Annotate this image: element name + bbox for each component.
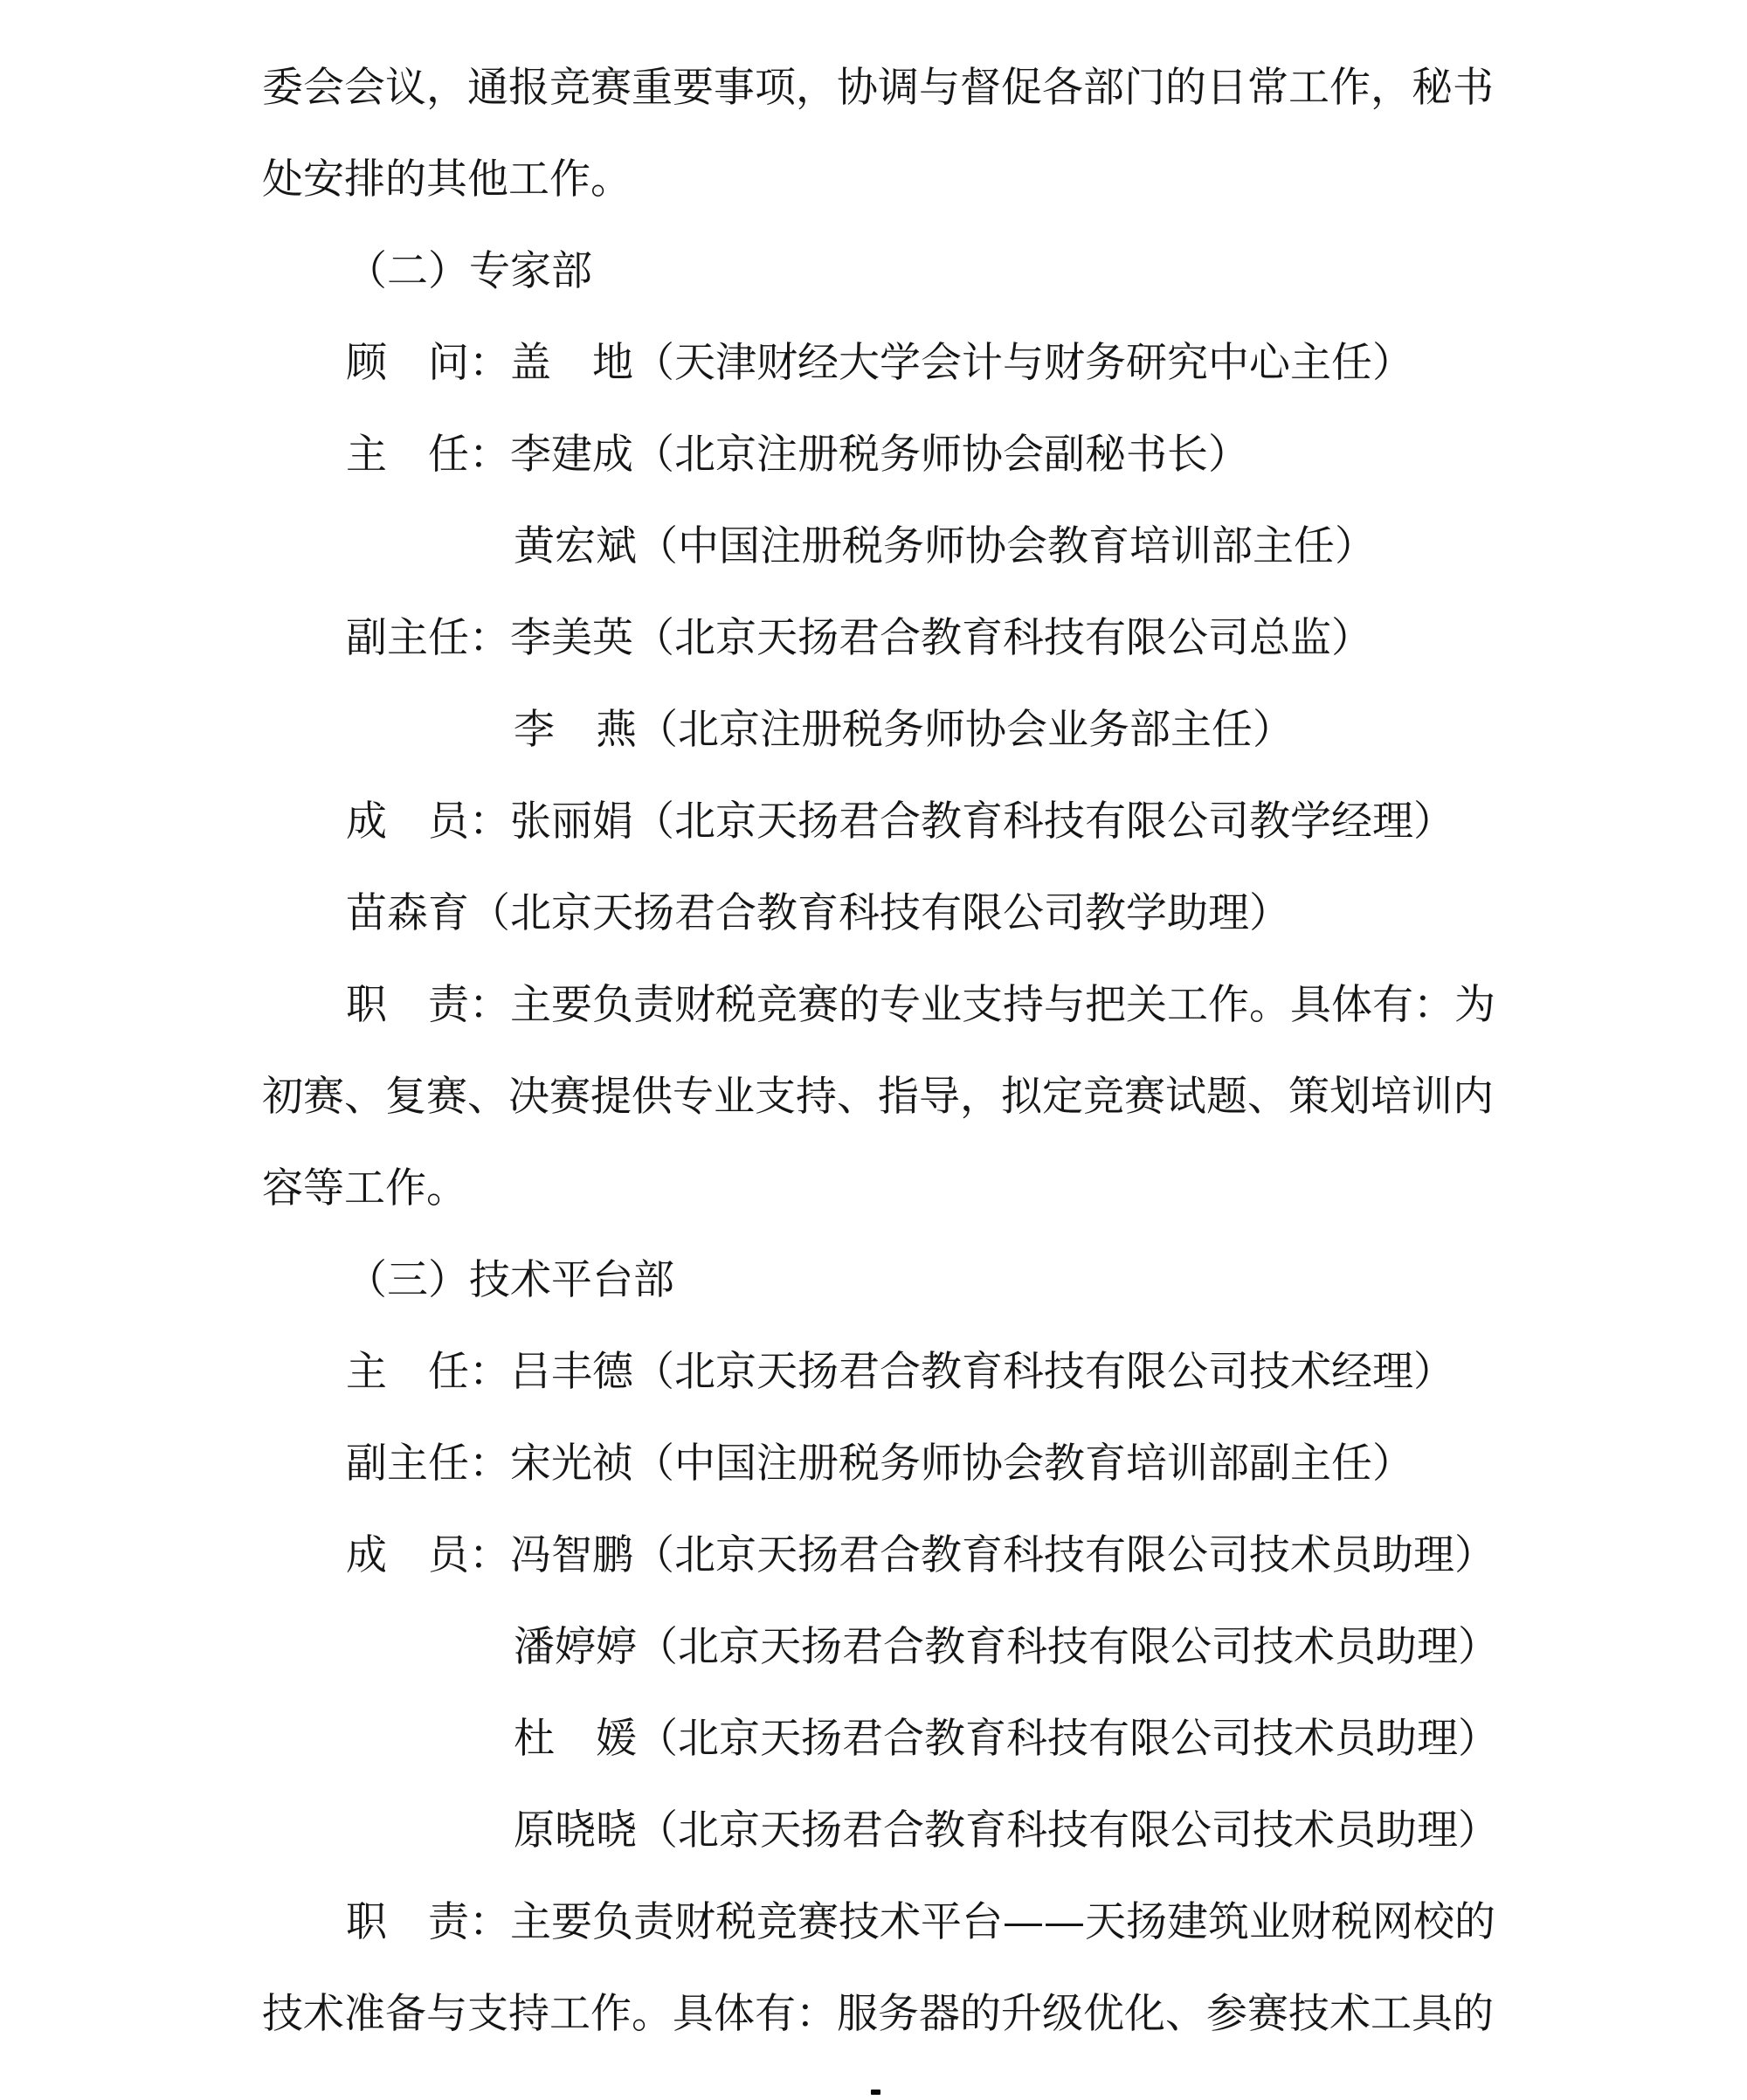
doc-line: 主 任：吕丰德（北京天扬君合教育科技有限公司技术经理） (0, 1326, 1747, 1418)
doc-line: 杜 媛（北京天扬君合教育科技有限公司技术员助理） (0, 1693, 1747, 1785)
doc-line: 处安排的其他工作。 (0, 134, 1747, 225)
doc-line: 苗森育（北京天扬君合教育科技有限公司教学助理） (0, 867, 1747, 959)
doc-line: 李 燕（北京注册税务师协会业务部主任） (0, 684, 1747, 776)
doc-line: 主 任：李建成（北京注册税务师协会副秘书长） (0, 409, 1747, 501)
doc-line: 成 员：冯智鹏（北京天扬君合教育科技有限公司技术员助理） (0, 1509, 1747, 1601)
doc-line: 黄宏斌（中国注册税务师协会教育培训部主任） (0, 501, 1747, 592)
document-page: 委会会议，通报竞赛重要事项，协调与督促各部门的日常工作，秘书 处安排的其他工作。… (0, 0, 1747, 2100)
doc-line: 职 责：主要负责财税竞赛技术平台——天扬建筑业财税网校的 (0, 1876, 1747, 1968)
page-number-partial-mark (871, 2090, 880, 2095)
doc-line: 顾 问：盖 地（天津财经大学会计与财务研究中心主任） (0, 317, 1747, 409)
doc-line: 技术准备与支持工作。具体有：服务器的升级优化、参赛技术工具的 (0, 1968, 1747, 2060)
doc-line: 初赛、复赛、决赛提供专业支持、指导，拟定竞赛试题、策划培训内 (0, 1051, 1747, 1143)
doc-line: 容等工作。 (0, 1143, 1747, 1234)
doc-line: 职 责：主要负责财税竞赛的专业支持与把关工作。具体有：为 (0, 959, 1747, 1051)
doc-section-heading: （二）专家部 (0, 225, 1747, 317)
doc-line: 潘婷婷（北京天扬君合教育科技有限公司技术员助理） (0, 1601, 1747, 1693)
document-body: 委会会议，通报竞赛重要事项，协调与督促各部门的日常工作，秘书 处安排的其他工作。… (0, 42, 1747, 2060)
doc-line: 成 员：张丽娟（北京天扬君合教育科技有限公司教学经理） (0, 776, 1747, 867)
doc-line: 委会会议，通报竞赛重要事项，协调与督促各部门的日常工作，秘书 (0, 42, 1747, 134)
doc-line: 副主任：宋光祯（中国注册税务师协会教育培训部副主任） (0, 1418, 1747, 1509)
doc-line: 原晓晓（北京天扬君合教育科技有限公司技术员助理） (0, 1785, 1747, 1876)
doc-section-heading: （三）技术平台部 (0, 1234, 1747, 1326)
doc-line: 副主任：李美英（北京天扬君合教育科技有限公司总监） (0, 592, 1747, 684)
